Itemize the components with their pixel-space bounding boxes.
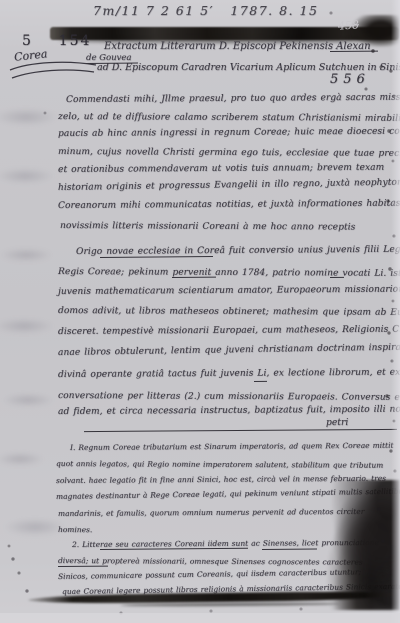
underline-stroke bbox=[262, 549, 317, 551]
manuscript-line: divinâ operante gratiâ tactus fuit juven… bbox=[58, 368, 400, 380]
manuscript-line: Regis Coreae; pekinum pervenit anno 1784… bbox=[58, 267, 400, 279]
manuscript-line: juvenis mathematicarum scientiarum amato… bbox=[58, 284, 400, 297]
manuscript-line: disceret. tempestivè missionarii Europae… bbox=[58, 324, 400, 337]
underline-stroke bbox=[172, 277, 216, 278]
archival-annotation: 7m/11 7 2 61 5′ 1787. 8. 15 bbox=[93, 3, 318, 18]
underline-stroke bbox=[254, 381, 267, 382]
manuscript-line: ad fidem, et circa necessaria instructus… bbox=[58, 404, 400, 417]
underline-stroke bbox=[330, 277, 344, 278]
manuscript-line: anae libros obtulerunt, lentim que juven… bbox=[58, 342, 400, 358]
manuscript-line: zelo, ut ad te diffusiore calamo scriber… bbox=[58, 112, 400, 124]
footnote-line: Sinicos, communicare possunt cum Coreani… bbox=[58, 567, 361, 581]
scanned-manuscript-page: { "annotation": { "text": "7m/11 7 2 61 … bbox=[0, 0, 400, 623]
underline-stroke bbox=[100, 256, 213, 258]
underline-stroke bbox=[100, 548, 248, 550]
footnote-line: I. Regnum Coreae tributarium est Sinarum… bbox=[70, 441, 394, 452]
manuscript-line: historiam originis et progressus Evangel… bbox=[58, 177, 400, 193]
manuscript-line: Commendasti mihi, Jllme praesul, pro tuo… bbox=[66, 92, 400, 105]
manuscript-line: Origo novae ecclesiae in Coreâ fuit conv… bbox=[76, 245, 400, 257]
manuscript-line: paucis ab hinc annis ingressi in regnum … bbox=[58, 126, 400, 139]
index-numbers: 5 154 bbox=[22, 33, 91, 49]
page-number: 556 bbox=[330, 72, 370, 87]
manuscript-line: domos adivit, ut libros matheseos obtine… bbox=[58, 306, 400, 318]
crossed-out-number: 458 bbox=[338, 18, 360, 32]
bleedthrough-smudge bbox=[0, 168, 54, 184]
underline-stroke bbox=[58, 566, 108, 568]
bleedthrough-smudge bbox=[0, 108, 58, 126]
manuscript-line: minum, cujus novella Christi germina ego… bbox=[58, 147, 400, 159]
bleedthrough-smudge bbox=[4, 518, 66, 536]
speckles bbox=[0, 0, 2, 2]
catchword: petri bbox=[326, 418, 348, 428]
footnote-divider bbox=[84, 429, 397, 432]
footnote-line: quot annis legatos, qui Regio nomine imp… bbox=[56, 459, 383, 470]
bleedthrough-smudge bbox=[0, 248, 52, 262]
manuscript-line: Coreanorum mihi communicatas notitias, e… bbox=[58, 199, 400, 211]
footnote-line: homines. bbox=[58, 525, 92, 534]
manuscript-line: novissimis litteris missionarii Coreani … bbox=[60, 221, 355, 233]
footnote-line: mandarinis, et famulis, quorum omnium nu… bbox=[58, 507, 364, 518]
bleedthrough-smudge bbox=[0, 318, 54, 334]
manuscript-line: et orationibus commendaveram ut votis tu… bbox=[58, 163, 384, 175]
ink-blotch bbox=[320, 480, 400, 610]
page-edge bbox=[391, 0, 400, 623]
ink-smudge-band bbox=[120, 602, 340, 607]
page-edge bbox=[0, 613, 400, 623]
bleedthrough-smudge bbox=[0, 452, 44, 466]
manuscript-line: conversatione per litteras (2.) cum miss… bbox=[58, 391, 400, 403]
bleedthrough-smudge bbox=[2, 393, 54, 407]
